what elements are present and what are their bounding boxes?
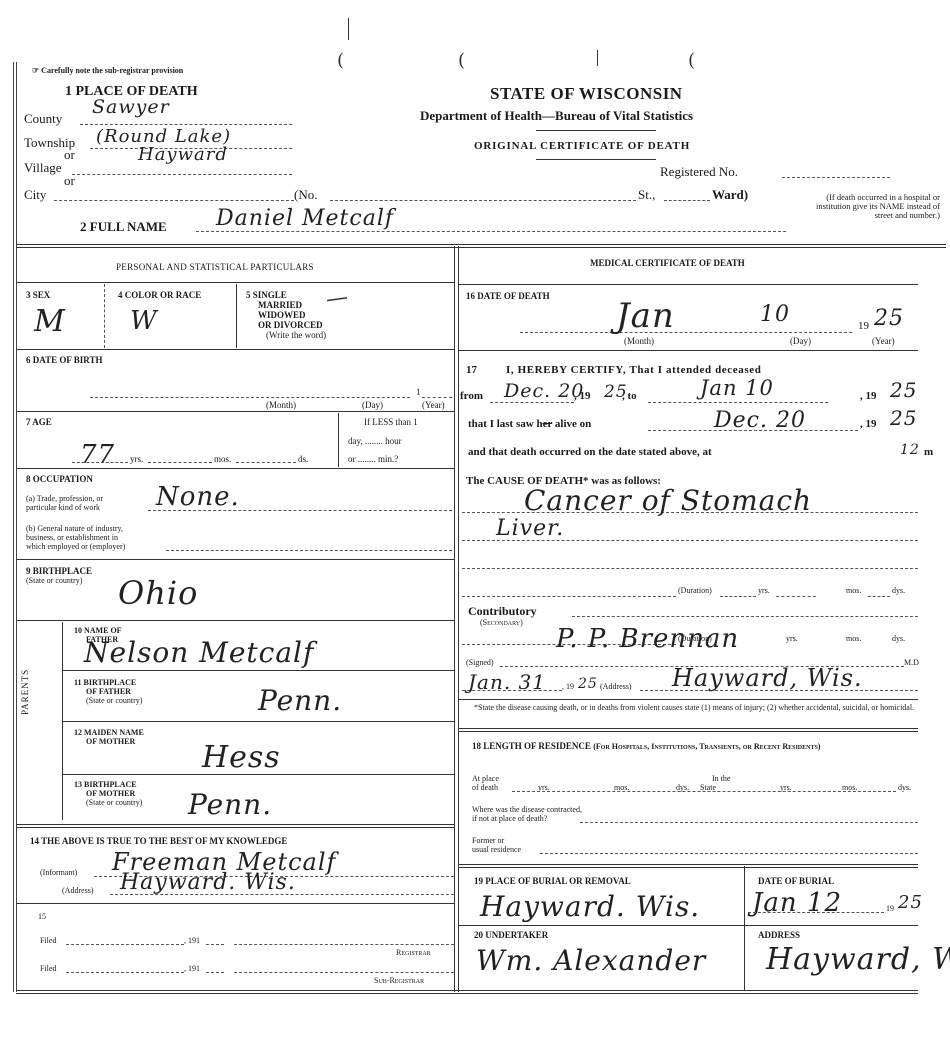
undertaker-address-value: Hayward, Wis.: [766, 942, 950, 977]
to-year-value: 25: [890, 378, 917, 402]
dod-month-label: (Month): [624, 336, 654, 346]
hospital-note: (If death occurred in a hospital or inst…: [808, 193, 940, 220]
bottom-rule: [16, 990, 918, 994]
cell-divider: [236, 284, 237, 348]
village-field-line[interactable]: [72, 174, 292, 175]
burial-date-value: Jan 12: [752, 888, 842, 918]
row-rule: [16, 559, 454, 560]
scan-mark: (: [337, 50, 344, 71]
age-years-line[interactable]: [72, 462, 128, 463]
county-field-line[interactable]: [80, 124, 292, 125]
sign-year-prefix: , 19: [562, 682, 574, 691]
day-hour-label: day, ........ hour: [348, 436, 402, 446]
dod-label: 16 DATE OF DEATH: [466, 291, 550, 301]
filing-number: 15: [38, 912, 46, 921]
row-rule: [62, 670, 454, 671]
disease-contracted-line[interactable]: [580, 822, 918, 823]
informant-address-value: Hayward. Wis.: [120, 870, 296, 895]
duration-dys-label: dys.: [892, 586, 905, 595]
from-date-value: Dec. 20: [504, 380, 584, 402]
residence-label: 18 LENGTH OF RESIDENCE (For Hospitals, I…: [472, 741, 912, 752]
row-rule: [458, 925, 918, 926]
dob-year-label: (Year): [422, 400, 445, 410]
duration-dys-line[interactable]: [868, 596, 890, 597]
dod-day-value: 10: [760, 302, 790, 327]
state-title: STATE OF WISCONSIN: [490, 84, 683, 104]
department-title: Department of Health—Bureau of Vital Sta…: [420, 108, 693, 124]
occupation-a-value: None.: [156, 482, 240, 512]
filed-year-prefix: , 191: [184, 964, 200, 973]
row-rule: [16, 620, 454, 621]
or-label: or: [64, 173, 75, 189]
or-label: or: [64, 147, 75, 163]
secondary-label: (Secondary): [480, 618, 523, 627]
signed-label: (Signed): [466, 658, 494, 667]
signed-value: P. P. Brennan: [556, 624, 739, 654]
cell-divider: [338, 413, 339, 467]
duration-yrs-line[interactable]: [720, 596, 756, 597]
scan-mark: [348, 18, 350, 40]
to-year-prefix: , 19: [860, 390, 877, 402]
row-rule: [62, 774, 454, 775]
occupation-b-label: (b) General nature of industry, business…: [26, 524, 125, 551]
mother-maiden-name-label: 12 MAIDEN NAME OF MOTHER: [74, 728, 144, 746]
dob-label: 6 DATE OF BIRTH: [26, 355, 102, 365]
death-time-value: 12: [900, 442, 920, 458]
last-saw-date-value: Dec. 20: [714, 408, 806, 433]
subregistrar-signature-line[interactable]: [234, 972, 454, 973]
dod-day-label: (Day): [790, 336, 811, 346]
undertaker-address-label: ADDRESS: [758, 930, 800, 940]
burial-year-value: 25: [898, 892, 923, 913]
dod-month-value: Jan: [616, 296, 675, 336]
dod-year-value: 25: [874, 306, 904, 331]
age-label: 7 AGE: [26, 417, 52, 427]
registered-no-label: Registered No.: [660, 164, 738, 180]
race-label: 4 COLOR OR RACE: [118, 290, 201, 300]
form-title: ORIGINAL CERTIFICATE OF DEATH: [474, 140, 690, 152]
sex-value: M: [34, 304, 66, 339]
birthplace-value: Ohio: [118, 574, 198, 612]
row-rule: [16, 903, 454, 904]
contributory-yrs-label: yrs.: [786, 634, 798, 643]
duration-line[interactable]: [462, 596, 676, 597]
burial-date-line[interactable]: [748, 912, 884, 913]
scan-mark: (: [458, 50, 465, 71]
column-divider: [458, 246, 459, 992]
dob-year-prefix: 1: [416, 387, 421, 397]
last-saw-year-prefix: , 19: [860, 418, 877, 430]
burial-date-label: DATE OF BURIAL: [758, 876, 834, 886]
sign-date-value: Jan. 31: [468, 670, 546, 694]
from-label: from: [460, 390, 483, 402]
age-yrs-label: yrs.: [130, 454, 143, 464]
dob-field-line[interactable]: [90, 397, 410, 398]
full-name-field-line[interactable]: [196, 231, 786, 232]
cause-footnote: *State the disease causing death, or in …: [474, 703, 918, 712]
medical-section-title: MEDICAL CERTIFICATE OF DEATH: [590, 258, 745, 268]
st-label: St.,: [638, 187, 655, 203]
sign-year-value: 25: [578, 676, 598, 692]
informant-statement: 14 THE ABOVE IS TRUE TO THE BEST OF MY K…: [30, 836, 287, 846]
occupation-a-label: (a) Trade, profession, or particular kin…: [26, 494, 103, 512]
city-label: City: [24, 187, 46, 203]
village-value: Hayward: [138, 144, 228, 165]
sign-address-value: Hayward, Wis.: [672, 664, 863, 692]
village-label: Village: [24, 160, 61, 176]
full-name-value: Daniel Metcalf: [216, 206, 394, 231]
row-rule: [16, 282, 454, 283]
father-name-value: Nelson Metcalf: [84, 636, 314, 669]
meridiem-label: m: [924, 446, 933, 458]
md-label: M.D: [904, 658, 919, 667]
section-rule: [458, 728, 918, 732]
birthplace-label: 9 BIRTHPLACE: [26, 566, 92, 576]
sign-address-label: (Address): [600, 682, 632, 691]
less-than-label: If LESS than 1: [364, 417, 418, 427]
burial-year-prefix: 19: [886, 904, 894, 913]
death-occurred-label: and that death occurred on the date stat…: [468, 446, 712, 458]
row-rule: [16, 349, 454, 350]
cause-value-2: Liver.: [496, 516, 564, 541]
at-place-label: At place of death: [472, 774, 499, 792]
former-residence-label: Former or usual residence: [472, 836, 521, 854]
row-rule: [458, 350, 918, 351]
informant-label: (Informant): [40, 868, 77, 877]
title-rule: [536, 159, 656, 160]
dod-year-prefix: 19: [858, 320, 869, 332]
row-rule: [62, 721, 454, 722]
contributory-dys-label: dys.: [892, 634, 905, 643]
dob-month-label: (Month): [266, 400, 296, 410]
dod-field-line[interactable]: [520, 332, 852, 333]
certify-number: 17: [466, 364, 477, 376]
contributory-line[interactable]: [572, 616, 918, 617]
duration-mos-line[interactable]: [776, 596, 816, 597]
mother-maiden-name-value: Hess: [202, 740, 281, 775]
column-divider: [454, 246, 455, 992]
personal-section-title: PERSONAL AND STATISTICAL PARTICULARS: [116, 262, 314, 272]
filed-label-registrar: Filed: [40, 936, 56, 945]
undertaker-label: 20 UNDERTAKER: [474, 930, 548, 940]
dob-year-line[interactable]: [422, 397, 452, 398]
certify-statement: I, HEREBY CERTIFY, That I attended decea…: [506, 364, 761, 376]
age-value: 77: [80, 440, 115, 470]
from-date-line[interactable]: [490, 402, 574, 403]
scan-mark: [597, 50, 599, 66]
section-rule: [16, 824, 454, 828]
registrar-signature-line[interactable]: [234, 944, 454, 945]
in-state-dys-label: dys.: [898, 783, 911, 792]
residence-duration-line[interactable]: [512, 791, 896, 792]
dod-year-label: (Year): [872, 336, 895, 346]
last-saw-year-value: 25: [890, 406, 917, 430]
former-residence-line[interactable]: [540, 853, 918, 854]
scan-mark: (: [688, 50, 695, 71]
filed-label-subregistrar: Filed: [40, 964, 56, 973]
pointing-hand-icon: ☞: [32, 66, 39, 75]
age-mos-label: mos.: [214, 454, 231, 464]
or-min-label: or ........ min.?: [348, 454, 398, 464]
ward-label: Ward): [712, 187, 748, 203]
row-rule: [16, 411, 454, 412]
mother-birthplace-value: Penn.: [188, 788, 272, 821]
full-name-label: 2 FULL NAME: [80, 219, 167, 235]
dob-day-label: (Day): [362, 400, 383, 410]
age-ds-label: ds.: [298, 454, 308, 464]
last-saw-label: that I last saw her alive on: [468, 418, 591, 430]
burial-place-value: Hayward. Wis.: [480, 890, 700, 923]
title-rule: [536, 130, 656, 131]
left-border-inner: [16, 62, 17, 992]
race-value: W: [130, 306, 158, 336]
registered-no-field-line[interactable]: [782, 177, 890, 178]
burial-place-label: 19 PLACE OF BURIAL OR REMOVAL: [474, 876, 631, 886]
row-rule: [458, 284, 918, 285]
section-rule: [458, 864, 918, 868]
county-value: Sawyer: [92, 96, 170, 118]
registrar-label: Registrar: [396, 948, 431, 957]
county-label: County: [24, 111, 62, 127]
burial-divider: [744, 866, 745, 990]
filed-date-line[interactable]: [66, 944, 184, 945]
father-birthplace-value: Penn.: [258, 684, 342, 717]
birthplace-sub: (State or country): [26, 576, 82, 585]
to-label: , to: [622, 390, 637, 402]
in-state-label: In the State: [700, 774, 730, 792]
marital-checkmark: —: [324, 285, 350, 313]
street-field-line[interactable]: [330, 200, 636, 201]
parents-side-label: PARENTS: [20, 669, 30, 715]
sex-label: 3 SEX: [26, 290, 50, 300]
duration-yrs-label: yrs.: [758, 586, 770, 595]
occupation-label: 8 OCCUPATION: [26, 474, 93, 484]
cell-divider: [104, 284, 105, 348]
marital-status-label: 5 SINGLE MARRIED WIDOWED OR DIVORCED (Wr…: [246, 290, 326, 340]
duration-label: (Duration): [678, 586, 712, 595]
informant-address-label: (Address): [62, 886, 94, 895]
section-rule: [16, 244, 946, 248]
filed-year-line[interactable]: [206, 972, 224, 973]
left-border: [13, 62, 14, 992]
filed-date-line[interactable]: [66, 972, 184, 973]
filed-year-prefix: , 191: [184, 936, 200, 945]
father-birthplace-label: 11 BIRTHPLACE OF FATHER (State or countr…: [74, 678, 142, 705]
city-field-line[interactable]: [54, 200, 294, 201]
cause-value-1: Cancer of Stomach: [524, 484, 812, 517]
row-rule: [16, 468, 454, 469]
from-year-prefix: , 19: [574, 390, 591, 402]
ward-field-line[interactable]: [664, 200, 710, 201]
sub-registrar-note: ☞ Carefully note the sub-registrar provi…: [32, 66, 183, 75]
row-rule: [458, 699, 918, 700]
to-date-value: Jan 10: [700, 376, 774, 400]
undertaker-value: Wm. Alexander: [476, 944, 706, 977]
age-months-line[interactable]: [148, 462, 212, 463]
contributory-mos-label: mos.: [846, 634, 861, 643]
subregistrar-label: Sub-Registrar: [374, 976, 424, 985]
duration-mos-label: mos.: [846, 586, 861, 595]
mother-birthplace-label: 13 BIRTHPLACE OF MOTHER (State or countr…: [74, 780, 142, 807]
contributory-label: Contributory: [468, 604, 537, 619]
to-date-line[interactable]: [648, 402, 828, 403]
cause-line-3[interactable]: [462, 568, 918, 569]
no-label: (No.: [294, 187, 317, 203]
occupation-b-line[interactable]: [166, 550, 452, 551]
disease-contracted-label: Where was the disease contracted, if not…: [472, 805, 582, 823]
age-days-line[interactable]: [236, 462, 296, 463]
filed-year-line[interactable]: [206, 944, 224, 945]
